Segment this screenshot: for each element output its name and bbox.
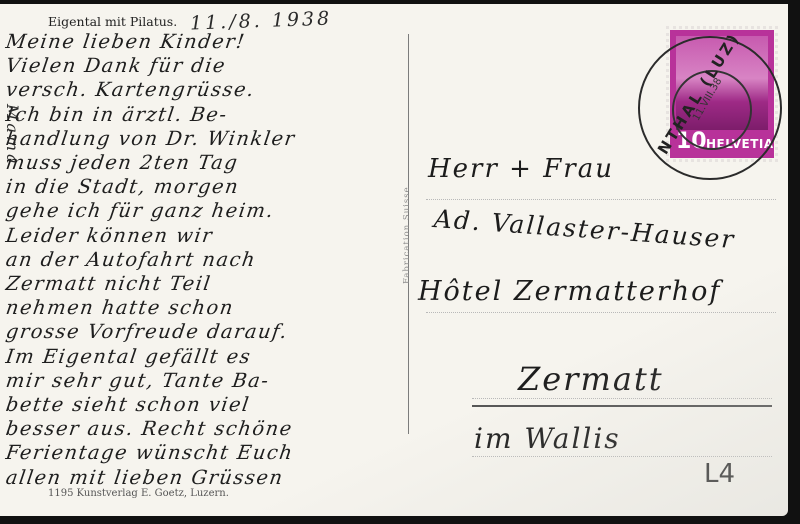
message-line: an der Autofahrt nach <box>4 248 409 272</box>
message-line: gehe ich für ganz heim. <box>4 199 409 223</box>
message-line: bette sieht schon viel <box>4 393 409 417</box>
address-line-2: Ad. Vallaster-Hauser <box>433 204 736 254</box>
message-line: besser aus. Recht schöne <box>4 417 409 441</box>
message-line: Zermatt nicht Teil <box>4 272 409 296</box>
message-line: handlung von Dr. Winkler <box>4 127 409 151</box>
address-dotted-line <box>426 312 776 313</box>
message-line: Leider können wir <box>4 224 409 248</box>
divider-label: Fabrication Suisse <box>402 186 412 284</box>
message-line: muss jeden 2ten Tag <box>4 151 409 175</box>
message-line: Im Eigental gefällt es <box>4 345 409 369</box>
archive-pencil-note: L4 <box>704 459 735 489</box>
message-line: Ich bin in ärztl. Be- <box>4 103 409 127</box>
margin-note: Mama <box>3 104 22 167</box>
address-dotted-line <box>472 398 772 399</box>
address-line-1: Herr + Frau <box>428 154 614 184</box>
address-line-4: Zermatt <box>518 360 664 398</box>
address-underline <box>472 405 772 407</box>
handwritten-message: Meine lieben Kinder! Vielen Dank für die… <box>6 30 408 490</box>
message-line: allen mit lieben Grüssen <box>4 466 409 490</box>
printed-caption: Eigental mit Pilatus. <box>48 14 177 29</box>
address-line-5: im Wallis <box>474 422 621 455</box>
message-line: Vielen Dank für die <box>4 54 409 78</box>
publisher-imprint: 1195 Kunstverlag E. Goetz, Luzern. <box>48 488 229 499</box>
postmark-cancellation: NTHAL (LUZ) 11.VIII.38 <box>638 36 782 180</box>
message-line: Meine lieben Kinder! <box>4 30 409 54</box>
address-dotted-line <box>472 456 772 457</box>
message-line: in die Stadt, morgen <box>4 175 409 199</box>
postcard-back: Eigental mit Pilatus. 11./8. 1938 Meine … <box>0 4 788 516</box>
address-line-3: Hôtel Zermatterhof <box>418 276 721 307</box>
message-line: nehmen hatte schon <box>4 296 409 320</box>
message-line: mir sehr gut, Tante Ba- <box>4 369 409 393</box>
message-line: grosse Vorfreude darauf. <box>4 320 409 344</box>
address-dotted-line <box>426 199 776 200</box>
message-line: versch. Kartengrüsse. <box>4 78 409 102</box>
message-line: Ferientage wünscht Euch <box>4 441 409 465</box>
